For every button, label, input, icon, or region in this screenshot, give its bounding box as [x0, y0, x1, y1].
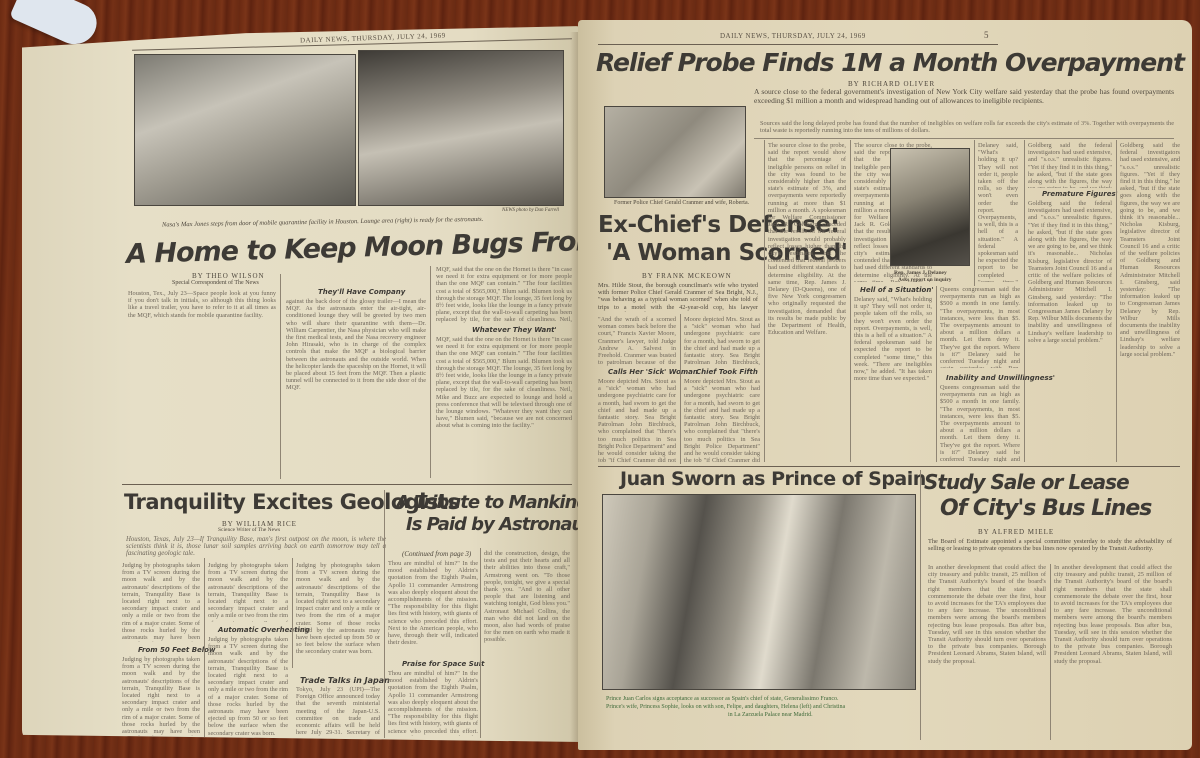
story-relief-second: Sources said the long delayed probe has …: [760, 120, 1174, 136]
byline-mckeown: By FRANK McKEOWN: [642, 272, 732, 280]
subhead-hell: Hell of a Situation': [860, 286, 933, 294]
section-rule: [754, 138, 1174, 139]
story-relief-col3: Queens congressman said the overpayments…: [940, 286, 1020, 368]
byline-miele: By ALFRED MIELE: [978, 528, 1054, 536]
story-bus-col2: In another development that could affect…: [1054, 564, 1172, 740]
story-tranquility-col1: Judging by photographs taken from a TV s…: [122, 562, 200, 642]
story-ex-chief-col2b: Moore depicted Mrs. Stout as a "sick" wo…: [684, 378, 760, 462]
right-folio: DAILY NEWS, THURSDAY, JULY 24, 1969: [720, 32, 866, 40]
story-relief-col2b: Delaney said, "What's holding it up? The…: [854, 296, 932, 462]
story-moon-bugs-col3: MQF, said that the one on the Hornet is …: [436, 266, 572, 324]
newspaper-spread: 4 DAILY NEWS, THURSDAY, JULY 24, 1969 NE…: [22, 12, 1192, 752]
left-page-number: 4: [134, 30, 139, 40]
caption-juan-1: Prince Juan Carlos signs acceptance as s…: [606, 696, 936, 702]
subhead-space-suit: Praise for Space Suit: [402, 660, 484, 668]
headline-trade-talks: Trade Talks in Japan: [300, 676, 390, 685]
story-tranquility-col1b: Judging by photographs taken from a TV s…: [122, 656, 200, 736]
story-moon-bugs-col1: Houston, Tex., July 23—Space people look…: [128, 290, 276, 480]
story-ex-chief-col2: Moore depicted Mrs. Stout as a "sick" wo…: [684, 316, 760, 366]
subhead-sick-woman: Calls Her 'Sick' Woman: [608, 368, 698, 376]
caption-cranmer: Former Police Chief Gerald Cranmer and w…: [614, 200, 749, 206]
photo-quarantine-trailer: [134, 54, 356, 206]
photo-credit: NEWS photo by Dan Farrell: [502, 208, 559, 213]
byline-wilson: By THEO WILSON: [192, 272, 265, 280]
caption-delaney-1: Rep. James J. Delaney: [894, 270, 947, 276]
right-page-number: 5: [984, 30, 989, 40]
caption-juan-2: Prince's wife, Princess Sophie, looks on…: [606, 704, 936, 710]
folio-rule: [598, 44, 998, 45]
story-tranquility-col2b: Judging by photographs taken from a TV s…: [208, 636, 288, 736]
story-tranquility-col2: Judging by photographs taken from a TV s…: [208, 562, 288, 622]
column-rule: [1116, 140, 1117, 462]
headline-juan-sworn: Juan Sworn as Prince of Spain: [620, 468, 926, 490]
byline-oliver: By RICHARD OLIVER: [848, 80, 935, 88]
story-ex-chief-col1: "And the wrath of a scorned woman comes …: [598, 316, 676, 366]
column-rule: [974, 140, 975, 286]
subhead-premature: Premature Figures': [1042, 190, 1118, 198]
column-rule: [1050, 564, 1051, 740]
story-moon-bugs-col2: against the back door of the glossy trai…: [286, 298, 426, 480]
right-page: DAILY NEWS, THURSDAY, JULY 24, 1969 5 Re…: [578, 20, 1192, 750]
photo-delaney: [890, 148, 970, 266]
story-relief-col4a: Goldberg said the federal investigators …: [1028, 142, 1112, 188]
story-bus-col1: In another development that could affect…: [928, 564, 1046, 740]
headline-bus-line2: Of City's Bus Lines: [940, 496, 1151, 521]
story-tribute-col1b: Thou are mindful of him?" In the mood es…: [388, 670, 478, 736]
story-relief-narrow: Delaney said, "What's holding it up? The…: [978, 142, 1018, 282]
story-tranquility-col3: Judging by photographs taken from a TV s…: [296, 562, 380, 662]
headline-relief-probe: Relief Probe Finds 1M a Month Overpaymen…: [596, 48, 1184, 77]
column-rule: [850, 140, 851, 462]
photo-lounge-interior: [358, 50, 564, 206]
column-rule: [292, 558, 293, 668]
left-page: 4 DAILY NEWS, THURSDAY, JULY 24, 1969 NE…: [22, 26, 582, 742]
subhead-whatever: Whatever They Want': [472, 326, 557, 334]
column-rule: [1024, 140, 1025, 462]
column-rule: [920, 470, 921, 740]
column-rule: [384, 490, 385, 738]
continued-note: (Continued from page 3): [402, 550, 471, 558]
section-rule: [122, 484, 572, 485]
byline-sub: Special Correspondent of The News: [172, 280, 259, 286]
subhead-fifth: Chief Took Fifth: [696, 368, 758, 376]
story-relief-lead: A source close to the federal government…: [754, 88, 1174, 118]
story-moon-bugs-col3b: MQF, said that the one on the Hornet is …: [436, 336, 572, 480]
story-relief-col1: The source close to the probe, said the …: [768, 142, 846, 462]
story-tribute-col1: Thou are mindful of him?" In the mood es…: [388, 560, 478, 656]
photo-caption: Nasa's Max Jones steps from door of mobi…: [162, 215, 562, 229]
column-rule: [764, 140, 765, 462]
story-ex-chief-col1b: Moore depicted Mrs. Stout as a "sick" wo…: [598, 378, 676, 462]
column-rule: [680, 314, 681, 464]
section-rule: [598, 466, 1180, 467]
caption-delaney-2: Asks report on inquiry: [898, 277, 952, 283]
headline-tribute-line1: A Tribute to Mankind: [396, 492, 588, 513]
story-relief-col4: Goldberg said the federal investigators …: [1028, 200, 1112, 462]
caption-juan-3: in La Zarzuela Palace near Madrid.: [728, 712, 813, 718]
column-rule: [430, 266, 431, 478]
story-relief-col3b: Queens congressman said the overpayments…: [940, 384, 1020, 462]
column-rule: [936, 286, 937, 462]
column-rule: [280, 274, 281, 479]
story-ex-chief-lead: Mrs. Hilde Stout, the borough councilman…: [598, 282, 758, 312]
photo-juan-carlos-signing: [602, 494, 916, 690]
story-bus-lead: The Board of Estimate appointed a specia…: [928, 538, 1172, 560]
subhead-company: They'll Have Company: [318, 288, 405, 296]
story-tribute-col2: did the construction, design, the tests …: [484, 550, 570, 736]
story-relief-col5: Goldberg said the federal investigators …: [1120, 142, 1180, 462]
column-rule: [480, 548, 481, 738]
column-rule: [204, 558, 205, 738]
headline-bus-line1: Study Sale or Lease: [924, 470, 1129, 494]
story-trade-talks: Tokyo, July 23 (UPI)—The Foreign Office …: [296, 686, 380, 736]
byline-rice-sub: Science Writer of The News: [218, 527, 280, 533]
story-tranquility-lead: Houston, Texas, July 23—If Tranquility B…: [126, 536, 386, 558]
photo-cranmer-couple: [604, 106, 746, 198]
